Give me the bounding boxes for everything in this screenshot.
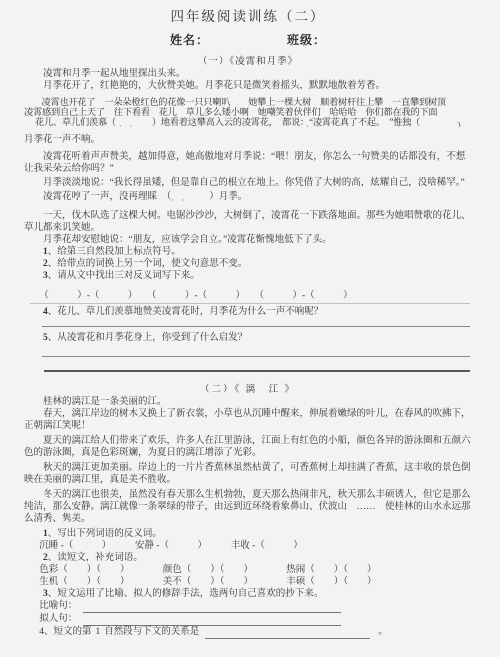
name-label: 姓名： bbox=[170, 33, 209, 47]
worksheet-page: 四年级阅读训练（二） 姓名：班级： （一）《凌霄和月季》 凌霄和月季一起从地里探… bbox=[0, 0, 500, 639]
divider-line bbox=[30, 302, 470, 304]
s1-paragraph-6: 月季淡淡地说：“我长得虽矮，但是靠自己的根立在地上。你凭借了大树的高，炫耀自己，… bbox=[24, 177, 472, 189]
stray-close-paren: ） bbox=[457, 121, 466, 127]
page-title: 四年级阅读训练（二） bbox=[24, 8, 472, 25]
s2-question-4: 4、短文的第1自然段与下文的关系是 。 bbox=[24, 626, 472, 639]
answer-blank-line bbox=[83, 602, 341, 613]
s1-paragraph-3-line1: 凌霄也开花了 一朵朵橙红色的花像一只只喇叭 她攀上一棵大树 顺着树杆往上攀 一直… bbox=[24, 97, 472, 107]
s2-paragraph-5: 冬天的漓江也很美，虽然没有春天那么生机勃勃，夏天那么热闹非凡，秋天那么丰硕诱人，… bbox=[24, 489, 472, 525]
question-text: 、给带点的词换上另一个词，使文句意思不变。 bbox=[48, 259, 248, 269]
question-text: 、花儿、草儿们羡慕地赞美凌霄花时，月季花为什么一声不响呢？ bbox=[48, 307, 324, 317]
answer-blank-line bbox=[205, 628, 370, 639]
s2-question-1: 1、写出下列词语的反义词。 bbox=[24, 528, 472, 540]
s1-question-1: 1、给第三自然段加上标点符号。 bbox=[24, 246, 472, 258]
section1-heading: （一）《凌霄和月季》 bbox=[24, 56, 472, 68]
simile-label: 比喻句： bbox=[39, 600, 77, 613]
name-class-row: 姓名：班级： bbox=[24, 33, 472, 48]
question-text: 自然段与下文的关系是 bbox=[104, 626, 199, 639]
s2-question-3: 3、短文运用了比喻、拟人的修辞手法，选两句自己喜欢的抄下来。 bbox=[24, 588, 472, 600]
s2-antonym-blanks: 沉睡 -（ ） 安静 -（ ） 丰收 -（ ） bbox=[24, 540, 472, 552]
class-label: 班级： bbox=[287, 33, 326, 47]
s2-paragraph-2: 春天，漓江岸边的树木又换上了新衣裳，小草也从沉睡中醒来，伸展着嫩绿的叶儿，在春风… bbox=[24, 408, 472, 432]
s1-paragraph-9: 月季花却安慰她说：“朋友，应该学会自立。”凌霄花惭愧地低下了头。 bbox=[24, 234, 472, 246]
personification-row: 拟人句： bbox=[24, 613, 472, 626]
paragraph-number: 1 bbox=[91, 626, 104, 639]
s1-paragraph-3-line3: 花儿、草儿们羡慕（ ）地看着这攀高入云的凌霄花， 都说：“凌霄花真了不起。 ”惟… bbox=[24, 117, 472, 127]
s1-antonym-blanks: （ ）-（ ） （ ）-（ ） （ ）-（ ） bbox=[24, 290, 472, 302]
answer-blank-line bbox=[83, 615, 341, 626]
s2-fill-blanks-row1: 色彩（ ）（ ） 颜色（ ）（ ） 热闹（ ）（ ） bbox=[24, 564, 472, 576]
s1-paragraph-7-text: 凌霄花哼了一声，没再理睬 （ ）月季。 bbox=[43, 192, 247, 202]
answer-blank-line bbox=[42, 318, 470, 327]
question-text: 、从凌霄花和月季花身上，你受到了什么启发？ bbox=[48, 333, 248, 343]
s1-paragraph-1: 凌霄和月季一起从地里探出头来。 bbox=[24, 68, 472, 80]
s1-paragraph-3-line3-text: 花儿、草儿们羡慕（ ）地看着这攀高入云的凌霄花， 都说：“凌霄花真了不起。 ”惟… bbox=[35, 117, 420, 127]
personification-label: 拟人句： bbox=[39, 613, 77, 626]
emphasis-dots: · · bbox=[119, 122, 135, 127]
period-mark: 。 bbox=[378, 626, 388, 639]
emphasis-dots: · · bbox=[306, 122, 322, 127]
emphasis-dots: · · bbox=[398, 122, 414, 127]
question-text: 、短文的第 bbox=[44, 626, 92, 639]
question-text: 、读短文，补充词语。 bbox=[48, 553, 143, 563]
s1-paragraph-2: 月季花开了，红艳艳的，大伙赞美她。月季花只是微笑着摇头，默默地散着芳香。 bbox=[24, 80, 472, 92]
s1-paragraph-3-line2: 凌霄感到自己上天了 往下看看 花儿 草儿多么矮小啊 她嘲笑着伙伴们 哈哈哈 你们… bbox=[24, 107, 472, 117]
s2-fill-blanks-row2: 生机（ ）（ ） 美不（ ）（ ） 丰硕（ ）（ ） bbox=[24, 576, 472, 588]
s1-paragraph-5: 凌霄花听着声声赞美，越加得意，她高傲地对月季说：“喂！朋友，你怎么一句赞美的话都… bbox=[24, 151, 472, 175]
s1-question-4: 4、花儿、草儿们羡慕地赞美凌霄花时，月季花为什么一声不响呢？ bbox=[24, 306, 472, 318]
s2-paragraph-3: 夏天的漓江给人们带来了欢乐，许多人在江里游泳，江面上有红色的小船，颜色各异的游泳… bbox=[24, 435, 472, 459]
answer-blank-line bbox=[42, 344, 470, 357]
s1-question-5: 5、从凌霄花和月季花身上，你受到了什么启发？ bbox=[24, 332, 472, 344]
question-text: 、写出下列词语的反义词。 bbox=[48, 529, 162, 539]
s1-question-3: 3、请从文中找出三对反义词写下来。 bbox=[24, 270, 472, 282]
s1-question-2: 2、给带点的词换上另一个词，使文句意思不变。 bbox=[24, 258, 472, 270]
question-text: 、短文运用了比喻、拟人的修辞手法，选两句自己喜欢的抄下来。 bbox=[48, 589, 324, 599]
emphasis-dots: · · bbox=[152, 195, 187, 207]
section2-heading: （二）《 漓 江 》 bbox=[24, 384, 472, 396]
s1-paragraph-8: 一天，伐木队选了这棵大树。电锯沙沙沙，大树倒了，凌霄花一下跌落地面。那些为她唱赞… bbox=[24, 210, 472, 234]
answer-blank-line bbox=[44, 357, 470, 372]
s2-question-2: 2、读短文，补充词语。 bbox=[24, 552, 472, 564]
simile-row: 比喻句： bbox=[24, 600, 472, 613]
s2-paragraph-1: 桂林的漓江是一条美丽的江。 bbox=[24, 396, 472, 408]
question-text: 、请从文中找出三对反义词写下来。 bbox=[48, 271, 200, 281]
s1-paragraph-4: 月季花一声不响。 bbox=[24, 134, 472, 146]
s1-paragraph-7: 凌霄花哼了一声，没再理睬 （ ）月季。 · · bbox=[24, 191, 472, 203]
question-text: 、给第三自然段加上标点符号。 bbox=[48, 247, 181, 257]
s2-paragraph-4: 秋天的漓江更加美丽。岸边上的一片片香蕉林虽然枯黄了，可香蕉树上却挂满了香蕉，这丰… bbox=[24, 462, 472, 486]
